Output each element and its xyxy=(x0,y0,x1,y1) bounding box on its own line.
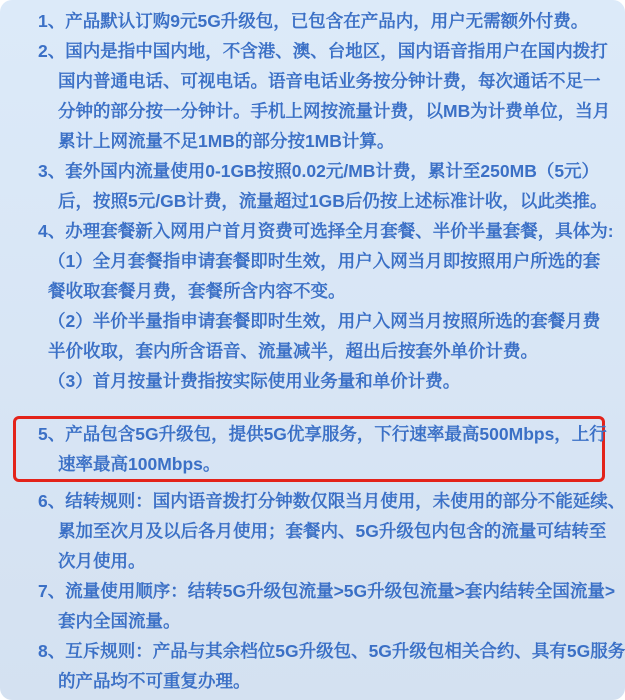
term-item-7: 7、流量使用顺序：结转5G升级包流量>5G升级包流量>套内结转全国流量> 套内全… xyxy=(0,576,625,636)
term-item-8: 8、互斥规则：产品与其余档位5G升级包、5G升级包相关合约、具有5G服务 的产品… xyxy=(0,636,625,696)
term-subline: 半价收取，套内所含语音、流量减半，超出后按套外单价计费。 xyxy=(0,336,625,366)
terms-content: 1、产品默认订购9元5G升级包，已包含在产品内，用户无需额外付费。 2、国内是指… xyxy=(0,0,625,696)
term-subline: 餐收取套餐月费，套餐所含内容不变。 xyxy=(0,276,625,306)
term-line: 7、流量使用顺序：结转5G升级包流量>5G升级包流量>套内结转全国流量> xyxy=(0,576,625,606)
term-line: 5、产品包含5G升级包，提供5G优享服务，下行速率最高500Mbps，上行 xyxy=(16,419,602,449)
term-line: 分钟的部分按一分钟计。手机上网按流量计费，以MB为计费单位，当月 xyxy=(0,96,625,126)
term-line: 2、国内是指中国内地，不含港、澳、台地区，国内语音指用户在国内拨打 xyxy=(0,36,625,66)
term-line: 速率最高100Mbps。 xyxy=(16,449,602,479)
term-line: 3、套外国内流量使用0-1GB按照0.02元/MB计费，累计至250MB（5元） xyxy=(0,156,625,186)
term-subline: （1）全月套餐指申请套餐即时生效，用户入网当月即按照用户所选的套 xyxy=(0,246,625,276)
term-line: 的产品均不可重复办理。 xyxy=(0,666,625,696)
term-line: 累加至次月及以后各月使用；套餐内、5G升级包内包含的流量可结转至 xyxy=(0,516,625,546)
term-line: 4、办理套餐新入网用户首月资费可选择全月套餐、半价半量套餐，具体为: xyxy=(0,216,625,246)
term-line: 次月使用。 xyxy=(0,546,625,576)
highlight-box: 5、产品包含5G升级包，提供5G优享服务，下行速率最高500Mbps，上行 速率… xyxy=(13,416,605,482)
term-subline: （3）首月按量计费指按实际使用业务量和单价计费。 xyxy=(0,366,625,396)
term-item-1: 1、产品默认订购9元5G升级包，已包含在产品内，用户无需额外付费。 xyxy=(0,6,625,36)
term-item-4: 4、办理套餐新入网用户首月资费可选择全月套餐、半价半量套餐，具体为: （1）全月… xyxy=(0,216,625,396)
term-item-6: 6、结转规则：国内语音拨打分钟数仅限当月使用，未使用的部分不能延续、 累加至次月… xyxy=(0,486,625,576)
term-item-2: 2、国内是指中国内地，不含港、澳、台地区，国内语音指用户在国内拨打 国内普通电话… xyxy=(0,36,625,156)
term-item-3: 3、套外国内流量使用0-1GB按照0.02元/MB计费，累计至250MB（5元）… xyxy=(0,156,625,216)
term-line: 累计上网流量不足1MB的部分按1MB计算。 xyxy=(0,126,625,156)
term-item-5: 5、产品包含5G升级包，提供5G优享服务，下行速率最高500Mbps，上行 速率… xyxy=(16,419,602,479)
term-line: 后，按照5元/GB计费，流量超过1GB后仍按上述标准计收，以此类推。 xyxy=(0,186,625,216)
term-line: 8、互斥规则：产品与其余档位5G升级包、5G升级包相关合约、具有5G服务 xyxy=(0,636,625,666)
term-line: 套内全国流量。 xyxy=(0,606,625,636)
term-subline: （2）半价半量指申请套餐即时生效，用户入网当月按照所选的套餐月费 xyxy=(0,306,625,336)
term-line: 1、产品默认订购9元5G升级包，已包含在产品内，用户无需额外付费。 xyxy=(0,6,625,36)
term-line: 国内普通电话、可视电话。语音电话业务按分钟计费，每次通话不足一 xyxy=(0,66,625,96)
term-line: 6、结转规则：国内语音拨打分钟数仅限当月使用，未使用的部分不能延续、 xyxy=(0,486,625,516)
terms-page: 1、产品默认订购9元5G升级包，已包含在产品内，用户无需额外付费。 2、国内是指… xyxy=(0,0,625,700)
